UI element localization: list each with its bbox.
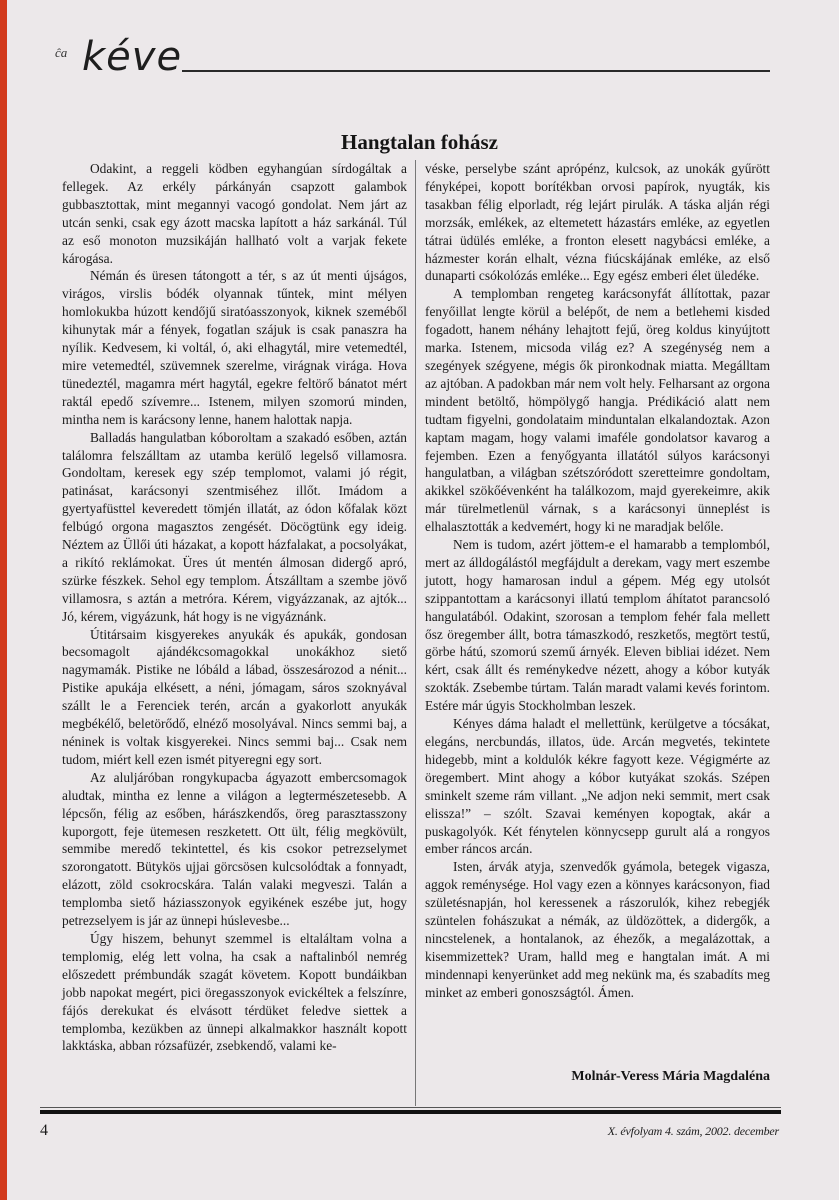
paragraph: A templomban rengeteg karácsonyfát állít… xyxy=(425,285,770,536)
page-edge-accent xyxy=(0,0,7,1200)
paragraph: Az aluljáróban rongykupacba ágyazott emb… xyxy=(62,769,407,930)
paragraph: Úgy hiszem, behunyt szemmel is eltalálta… xyxy=(62,930,407,1055)
paragraph: Nem is tudom, azért jöttem-e el hamarabb… xyxy=(425,536,770,715)
paragraph: Némán és üresen tátongott a tér, s az út… xyxy=(62,267,407,428)
footer-rule-thick xyxy=(40,1110,781,1114)
paragraph: Isten, árvák atyja, szenvedők gyámola, b… xyxy=(425,858,770,1001)
paragraph: Balladás hangulatban kóboroltam a szakad… xyxy=(62,429,407,626)
paragraph: véske, perselybe szánt aprópénz, kulcsok… xyxy=(425,160,770,285)
column-divider xyxy=(415,160,416,1106)
left-column: Odakint, a reggeli ködben egyhangúan sír… xyxy=(62,160,407,1055)
author-signature: Molnár-Veress Mária Magdaléna xyxy=(571,1069,770,1085)
paragraph: Útitársaim kisgyerekes anyukák és apukák… xyxy=(62,626,407,769)
paragraph: Kényes dáma haladt el mellettünk, kerülg… xyxy=(425,715,770,858)
page-number: 4 xyxy=(40,1122,48,1140)
issue-info: X. évfolyam 4. szám, 2002. december xyxy=(608,1124,779,1139)
right-column: véske, perselybe szánt aprópénz, kulcsok… xyxy=(425,160,770,1002)
masthead-rule xyxy=(182,70,770,72)
article-title: Hangtalan fohász xyxy=(0,130,839,155)
paragraph: Odakint, a reggeli ködben egyhangúan sír… xyxy=(62,160,407,267)
masthead-title: kéve xyxy=(82,34,182,80)
masthead: ĉa kéve xyxy=(52,40,770,90)
footer-rule-thin xyxy=(40,1107,781,1108)
masthead-logo-glyph: ĉa xyxy=(55,45,67,61)
